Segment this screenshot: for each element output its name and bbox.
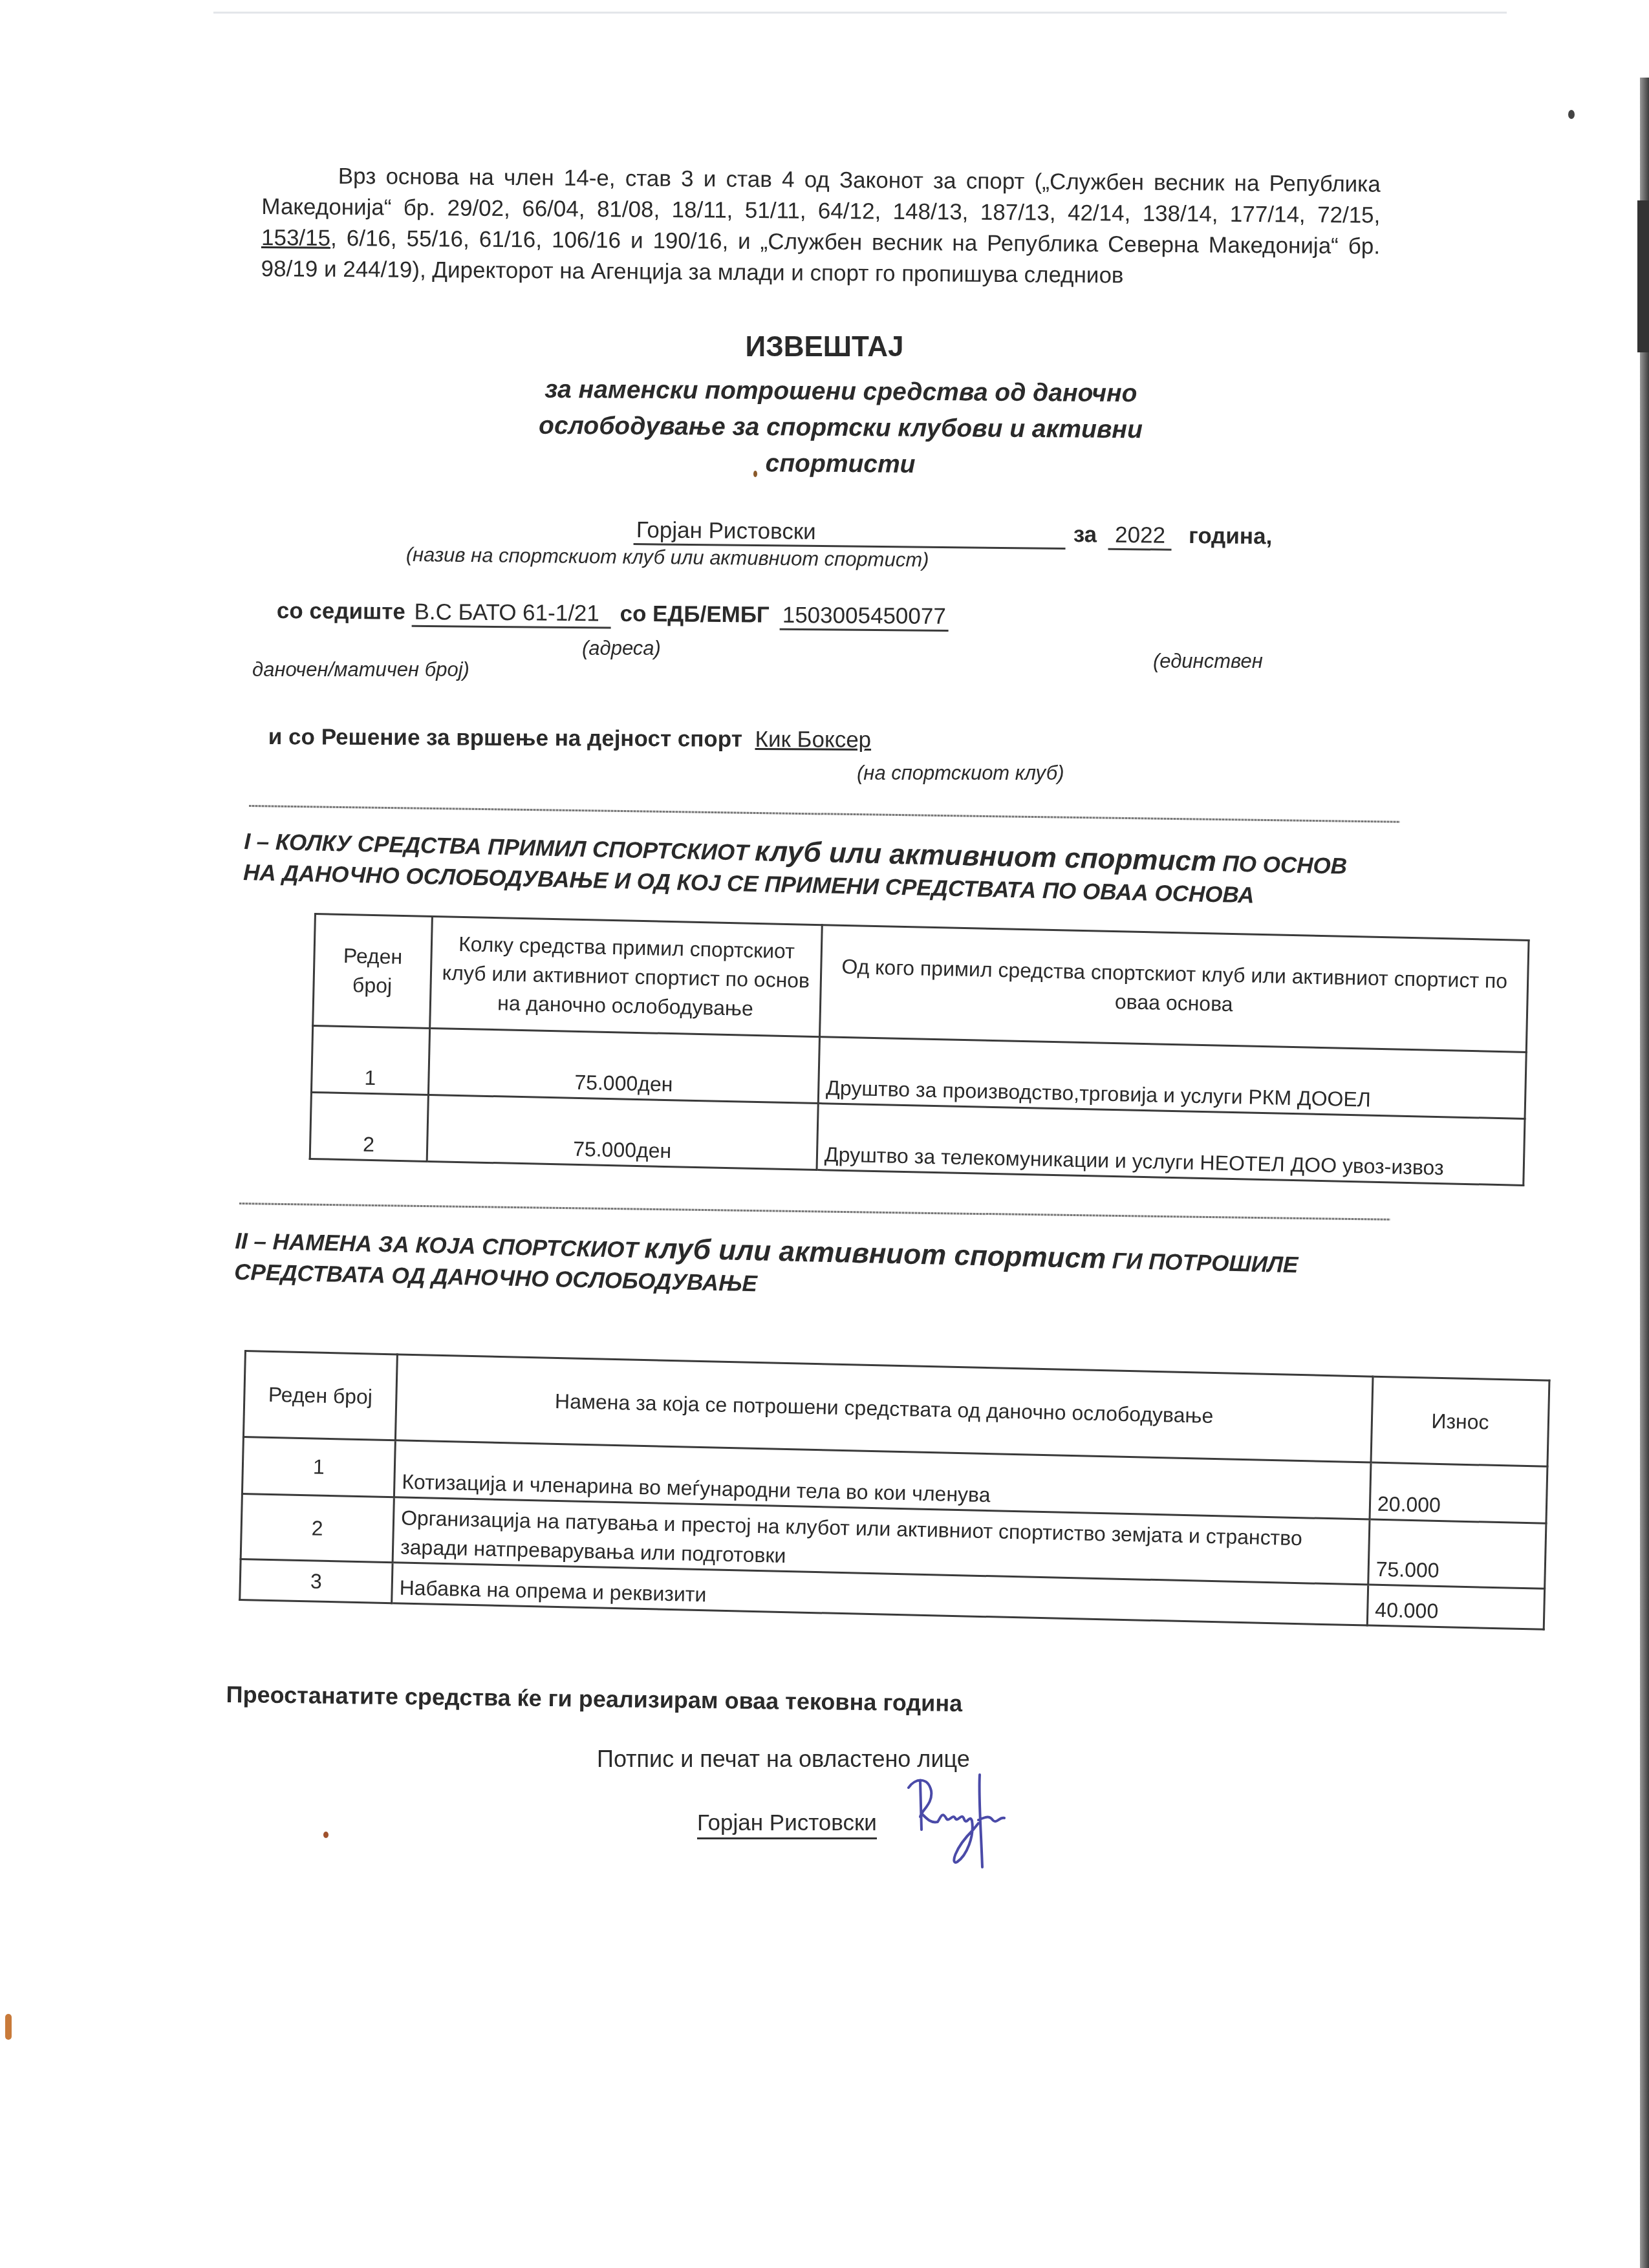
club-name-field[interactable]: Горјан Ристовски bbox=[634, 517, 1066, 550]
handwritten-signature bbox=[902, 1771, 1070, 1868]
for-label: за bbox=[1073, 522, 1097, 547]
section2-heading-emph: клуб или активниот спортист bbox=[644, 1232, 1106, 1274]
section2-heading: II – НАМЕНА ЗА КОЈА СПОРТСКИОТ клуб или … bbox=[234, 1224, 1335, 1313]
row-amount: 75.000ден bbox=[428, 1028, 819, 1103]
row-number: 2 bbox=[310, 1092, 428, 1161]
row-number: 1 bbox=[242, 1437, 395, 1497]
scan-right-edge-dark bbox=[1637, 200, 1649, 352]
decision-label: и со Решение за вршење на дејност спорт bbox=[268, 724, 742, 752]
signature-label: Потпис и печат на овластено лице bbox=[597, 1746, 970, 1773]
column-header: Колку средства примил спортскиот клуб ил… bbox=[430, 916, 823, 1036]
year-field[interactable]: 2022 bbox=[1108, 522, 1172, 551]
scan-speck bbox=[323, 1832, 329, 1838]
signer-name: Горјан Ристовски bbox=[697, 1810, 877, 1839]
row-amount: 75.000ден bbox=[427, 1095, 818, 1170]
spending-table: Реден број Намена за која се потрошени с… bbox=[239, 1350, 1550, 1631]
section1-heading-text: I – КОЛКУ СРЕДСТВА ПРИМИЛ СПОРТСКИОТ bbox=[244, 829, 755, 866]
scan-speck bbox=[5, 2014, 12, 2040]
column-header: Износ bbox=[1371, 1376, 1549, 1466]
row-amount: 75.000 bbox=[1368, 1519, 1546, 1589]
legal-basis-text-cont: , 6/16, 55/16, 61/16, 106/16 и 190/16, и… bbox=[261, 226, 1381, 288]
legal-basis-paragraph: Врз основа на член 14-е, став 3 и став 4… bbox=[261, 160, 1380, 294]
legal-basis-underlined-ref: 153/15 bbox=[261, 225, 330, 251]
column-header: Од кого примил средства спортскиот клуб … bbox=[820, 925, 1529, 1053]
subtitle-line: за наменски потрошени средства од даночн… bbox=[466, 371, 1216, 412]
address-field[interactable]: В.С БАТО 61-1/21 bbox=[411, 599, 610, 629]
row-number: 1 bbox=[311, 1025, 429, 1095]
column-header: Реден број bbox=[243, 1351, 397, 1440]
scan-top-edge bbox=[213, 12, 1507, 14]
report-subtitle: за наменски потрошени средства од даночн… bbox=[465, 371, 1216, 485]
row-number: 2 bbox=[241, 1493, 394, 1562]
address-caption: (адреса) bbox=[582, 637, 661, 660]
edb-label: со ЕДБ/ЕМБГ bbox=[620, 601, 770, 628]
unique-caption: (единствен bbox=[1153, 650, 1263, 673]
scan-speck bbox=[1568, 110, 1575, 119]
column-header: Реден број bbox=[313, 914, 433, 1029]
section1-heading-emph: клуб или активниот спортист bbox=[755, 835, 1217, 877]
received-funds-table: Реден број Колку средства примил спортск… bbox=[309, 913, 1530, 1186]
remaining-funds-note: Преостанатите средства ќе ги реализирам … bbox=[226, 1681, 962, 1717]
edb-field[interactable]: 1503005450077 bbox=[780, 603, 949, 632]
section1-heading: I – КОЛКУ СРЕДСТВА ПРИМИЛ СПОРТСКИОТ клу… bbox=[243, 824, 1376, 914]
row-amount: 20.000 bbox=[1370, 1462, 1547, 1523]
subtitle-line: ослободување за спортски клубови и актив… bbox=[466, 407, 1216, 449]
row-number: 3 bbox=[240, 1559, 393, 1603]
subtitle-line: спортисти bbox=[465, 444, 1215, 485]
tax-number-caption: даночен/матичен број) bbox=[252, 658, 469, 681]
row-amount: 40.000 bbox=[1367, 1585, 1544, 1629]
report-title: ИЗВЕШТАЈ bbox=[0, 331, 1649, 363]
section2-heading-text: II – НАМЕНА ЗА КОЈА СПОРТСКИОТ bbox=[235, 1228, 645, 1263]
decision-line: и со Решение за вршење на дејност спорт … bbox=[268, 724, 871, 753]
scan-right-edge bbox=[1640, 78, 1649, 2268]
year-label: година, bbox=[1189, 523, 1273, 549]
legal-basis-text: Врз основа на член 14-е, став 3 и став 4… bbox=[261, 164, 1381, 228]
club-caption: (на спортскиот клуб) bbox=[857, 762, 1064, 785]
sport-field[interactable]: Кик Боксер bbox=[755, 727, 871, 753]
section-divider bbox=[239, 1203, 1390, 1221]
section-divider bbox=[249, 805, 1400, 823]
seat-line: со седиште В.С БАТО 61-1/21со ЕДБ/ЕМБГ15… bbox=[277, 598, 949, 632]
club-name-caption: (назив на спортскиот клуб или активниот … bbox=[406, 543, 929, 572]
seat-label: со седиште bbox=[277, 598, 405, 625]
